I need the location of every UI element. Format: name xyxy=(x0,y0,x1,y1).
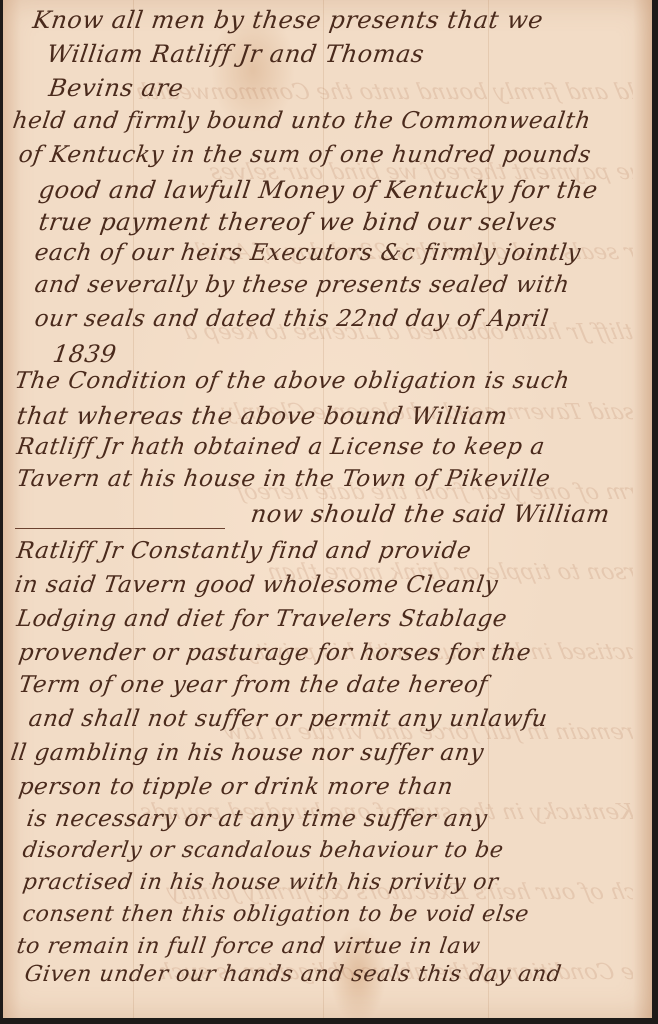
text-line: in said Tavern good wholesome Cleanly xyxy=(13,572,500,598)
text-line: our seals and dated this 22nd day of Apr… xyxy=(33,306,550,332)
text-line: held and firmly bound unto the Commonwea… xyxy=(11,108,593,134)
text-line: disorderly or scandalous behaviour to be xyxy=(21,838,505,863)
text-line: good and lawfull Money of Kentucky for t… xyxy=(37,176,600,204)
year: 1839 xyxy=(51,340,118,368)
text-line: is necessary or at any time suffer any xyxy=(25,806,489,832)
text-line: Ratliff Jr Constantly find and provide xyxy=(15,538,473,564)
text-line: practised in his house with his privity … xyxy=(21,870,500,895)
text-line: now should the said William xyxy=(249,500,612,528)
manuscript-page: held and firmly bound unto the Commonwea… xyxy=(3,0,652,1018)
text-line: and severally by these presents sealed w… xyxy=(33,272,571,298)
text-line: William Ratliff Jr and Thomas xyxy=(45,40,426,68)
text-line: The Condition of the above obligation is… xyxy=(13,368,572,394)
text-line: consent then this obligation to be void … xyxy=(21,902,531,927)
text-line: and shall not suffer or permit any unlaw… xyxy=(27,706,549,732)
text-line: provender or pasturage for horses for th… xyxy=(17,640,533,666)
text-line: ll gambling in his house nor suffer any xyxy=(9,740,486,766)
text-line: Term of one year from the date hereof xyxy=(17,672,489,698)
text-line: that whereas the above bound William xyxy=(15,402,510,430)
text-line: true payment thereof we bind our selves xyxy=(37,208,559,236)
text-line: to remain in full force and virtue in la… xyxy=(15,934,482,959)
text-line: person to tipple or drink more than xyxy=(17,774,455,800)
text-line: Tavern at his house in the Town of Pikev… xyxy=(15,466,552,492)
scan-frame: held and firmly bound unto the Commonwea… xyxy=(0,0,658,1024)
text-line: Ratliff Jr hath obtained a License to ke… xyxy=(15,434,547,460)
margin-rule xyxy=(15,528,225,529)
text-line: Bevins are xyxy=(47,74,641,102)
text-line: each of our heirs Executors &c firmly jo… xyxy=(33,240,583,266)
text-line: Know all men by these presents that we xyxy=(31,6,545,34)
text-line: Given under our hands and seals this day… xyxy=(23,962,563,987)
text-line: Lodging and diet for Travelers Stablage xyxy=(15,606,509,632)
text-line: of Kentucky in the sum of one hundred po… xyxy=(17,142,593,168)
